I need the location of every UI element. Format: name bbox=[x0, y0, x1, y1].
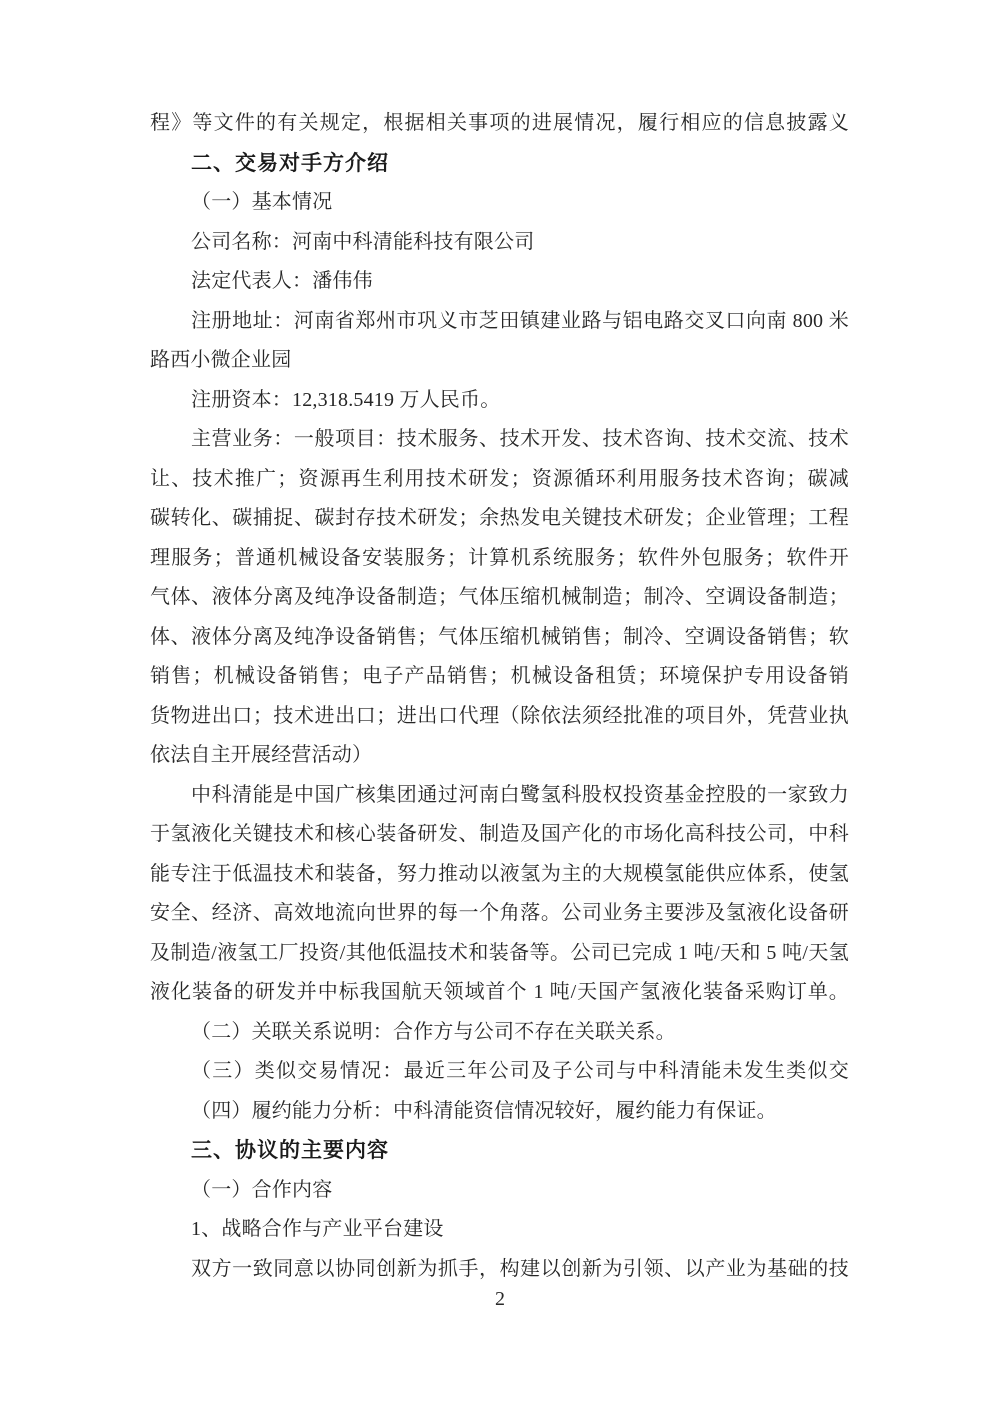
text-line: 安全、经济、高效地流向世界的每一个角落。公司业务主要涉及氢液化设备研发 bbox=[150, 894, 849, 934]
text-line: 货物进出口；技术进出口；进出口代理（除依法须经批准的项目外，凭营业执照 bbox=[150, 697, 849, 737]
text-line: 让、技术推广；资源再生利用技术研发；资源循环利用服务技术咨询；碳减排、 bbox=[150, 460, 849, 500]
text-line: （三）类似交易情况：最近三年公司及子公司与中科清能未发生类似交易。 bbox=[150, 1052, 849, 1092]
document-body: 程》等文件的有关规定，根据相关事项的进展情况，履行相应的信息披露义务。二、交易对… bbox=[150, 104, 849, 1289]
text-line: 体、液体分离及纯净设备销售；气体压缩机械销售；制冷、空调设备销售；软件 bbox=[150, 618, 849, 658]
text-line: （一）合作内容 bbox=[150, 1171, 849, 1211]
text-line: 公司名称：河南中科清能科技有限公司 bbox=[150, 223, 849, 263]
text-line: 程》等文件的有关规定，根据相关事项的进展情况，履行相应的信息披露义务。 bbox=[150, 104, 849, 144]
text-line: 及制造/液氢工厂投资/其他低温技术和装备等。公司已完成 1 吨/天和 5 吨/天… bbox=[150, 934, 849, 974]
text-line: 法定代表人：潘伟伟 bbox=[150, 262, 849, 302]
text-line: 1、战略合作与产业平台建设 bbox=[150, 1210, 849, 1250]
text-line: 注册地址：河南省郑州市巩义市芝田镇建业路与铝电路交叉口向南 800 米 bbox=[150, 302, 849, 342]
text-line: 二、交易对手方介绍 bbox=[150, 144, 849, 184]
text-line: 依法自主开展经营活动） bbox=[150, 736, 849, 776]
text-line: 中科清能是中国广核集团通过河南白鹭氢科股权投资基金控股的一家致力 bbox=[150, 776, 849, 816]
text-line: 理服务；普通机械设备安装服务；计算机系统服务；软件外包服务；软件开发； bbox=[150, 539, 849, 579]
text-line: 销售；机械设备销售；电子产品销售；机械设备租赁；环境保护专用设备销售； bbox=[150, 657, 849, 697]
page-number: 2 bbox=[0, 1282, 1000, 1316]
text-line: 路西小微企业园 bbox=[150, 341, 849, 381]
text-line: 主营业务：一般项目：技术服务、技术开发、技术咨询、技术交流、技术转 bbox=[150, 420, 849, 460]
text-line: 三、协议的主要内容 bbox=[150, 1131, 849, 1171]
text-line: 于氢液化关键技术和核心装备研发、制造及国产化的市场化高科技公司，中科清 bbox=[150, 815, 849, 855]
text-line: 液化装备的研发并中标我国航天领域首个 1 吨/天国产氢液化装备采购订单。 bbox=[150, 973, 849, 1013]
text-line: 碳转化、碳捕捉、碳封存技术研发；余热发电关键技术研发；企业管理；工程管 bbox=[150, 499, 849, 539]
text-line: 注册资本：12,318.5419 万人民币。 bbox=[150, 381, 849, 421]
text-line: （一）基本情况 bbox=[150, 183, 849, 223]
text-line: 气体、液体分离及纯净设备制造；气体压缩机械制造；制冷、空调设备制造；气 bbox=[150, 578, 849, 618]
text-line: （四）履约能力分析：中科清能资信情况较好，履约能力有保证。 bbox=[150, 1092, 849, 1132]
document-page: 程》等文件的有关规定，根据相关事项的进展情况，履行相应的信息披露义务。二、交易对… bbox=[0, 0, 1000, 1414]
text-line: 能专注于低温技术和装备，努力推动以液氢为主的大规模氢能供应体系，使氢能 bbox=[150, 855, 849, 895]
text-line: （二）关联关系说明：合作方与公司不存在关联关系。 bbox=[150, 1013, 849, 1053]
